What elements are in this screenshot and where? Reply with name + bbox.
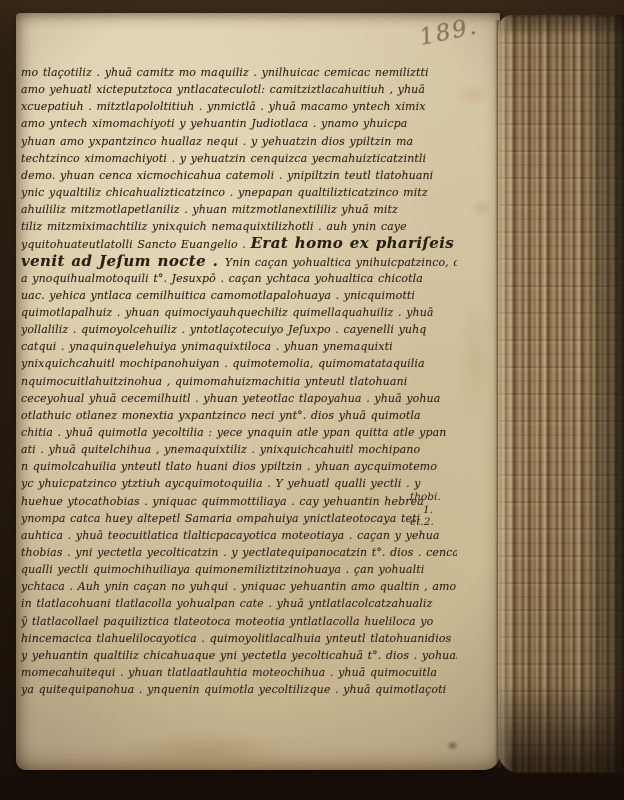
margin-note: thobi. 1. et.2. bbox=[410, 491, 456, 529]
text-segment: ya quitequipanohua . ynquenin quimotla y… bbox=[21, 683, 446, 696]
text-segment: xcuepatiuh . mitztlapololtitiuh . ynmict… bbox=[21, 100, 426, 113]
manuscript-line: nquimocuitlahuitzinohua , quimomahuizmac… bbox=[21, 373, 457, 390]
page-stain bbox=[452, 82, 492, 108]
manuscript-line: venit ad Jeſum nocte . Ynin caçan yohual… bbox=[21, 253, 457, 270]
text-segment: ahuililiz mitzmotlapetlaniliz . yhuan mi… bbox=[21, 203, 398, 216]
text-segment: ynixquichcahuitl mochipanohuiyan . quimo… bbox=[21, 357, 425, 370]
manuscript-line: yhuan amo yxpantzinco huallaz nequi . y … bbox=[21, 133, 457, 150]
manuscript-line: demo. yhuan cenca xicmochicahua catemoli… bbox=[21, 167, 457, 184]
text-segment: amo yntech ximomachiyoti y yehuantin Jud… bbox=[21, 117, 407, 130]
margin-note-line: thobi. bbox=[410, 491, 456, 504]
text-segment: otlathuic otlanez monextia yxpantzinco n… bbox=[21, 409, 421, 422]
page-stain bbox=[446, 740, 459, 751]
manuscript-line: momecahuitequi . yhuan tlatlaatlauhtia m… bbox=[21, 664, 457, 681]
text-segment: thobias . yni yectetla yecolticatzin . y… bbox=[21, 546, 457, 559]
manuscript-line: catqui . ynaquinquelehuiya ynimaquixtilo… bbox=[21, 338, 457, 355]
text-segment: ynompa catca huey altepetl Samaria ompah… bbox=[21, 512, 420, 525]
text-segment: momecahuitequi . yhuan tlatlaatlauhtia m… bbox=[21, 666, 437, 679]
text-segment: ati . yhuā quitelchihua , ynemaquixtiliz… bbox=[21, 443, 420, 456]
text-segment: mo tlaçotiliz . yhuā camitz mo maquiliz … bbox=[21, 66, 429, 79]
text-segment: ceceyohual yhuā cecemilhuitl . yhuan yet… bbox=[21, 392, 440, 405]
text-segment: hincemacica tlahuelilocayotica . quimoyo… bbox=[21, 632, 451, 645]
text-segment: tiliz mitzmiximachtiliz ynixquich nemaqu… bbox=[21, 220, 407, 233]
text-segment: huehue ytocathobias . yniquac quimmottil… bbox=[21, 495, 424, 508]
text-segment: yhuan amo yxpantzinco huallaz nequi . y … bbox=[21, 135, 413, 148]
manuscript-line: tiliz mitzmiximachtiliz ynixquich nemaqu… bbox=[21, 218, 457, 235]
manuscript-line: ya quitequipanohua . ynquenin quimotla y… bbox=[21, 681, 457, 698]
manuscript-line: mo tlaçotiliz . yhuā camitz mo maquiliz … bbox=[21, 64, 457, 81]
text-segment: quimotlapalhuiz . yhuan quimociyauhquech… bbox=[21, 306, 434, 319]
text-segment: ȳ tlatlacollael paquiliztica tlateotoca … bbox=[21, 615, 433, 628]
manuscript-line: in tlatlacohuani tlatlacolla yohualpan c… bbox=[21, 595, 457, 612]
page-stain bbox=[458, 290, 492, 430]
manuscript-line: quimotlapalhuiz . yhuan quimociyauhquech… bbox=[21, 304, 457, 321]
page-stain bbox=[120, 730, 290, 772]
text-segment: n quimolcahuilia ynteutl tlato huani dio… bbox=[21, 460, 437, 473]
manuscript-line: yollaliliz . quimoyolcehuiliz . yntotlaç… bbox=[21, 321, 457, 338]
text-segment: catqui . ynaquinquelehuiya ynimaquixtilo… bbox=[21, 340, 393, 353]
margin-note-line: et.2. bbox=[410, 516, 456, 529]
text-segment: yc yhuicpatzinco ytztiuh aycquimotoquili… bbox=[21, 477, 421, 490]
text-segment: uac. yehica yntlaca cemilhuitica camomot… bbox=[21, 289, 415, 302]
text-segment: demo. yhuan cenca xicmochicahua catemoli… bbox=[21, 169, 433, 182]
text-segment: auhtica . yhuā teocuitlatica tlalticpaca… bbox=[21, 529, 440, 542]
text-segment: Ynin caçan yohualtica ynihuicpatzinco, o bbox=[225, 256, 457, 269]
manuscript-line: qualli yectli quimochihuiliaya quimonemi… bbox=[21, 561, 457, 578]
manuscript-line: yc yhuicpatzinco ytztiuh aycquimotoquili… bbox=[21, 475, 457, 492]
display-script-segment: venit ad Jeſum nocte . bbox=[21, 252, 225, 270]
text-segment: yquitohuateutlatolli Sancto Euangelio . bbox=[21, 238, 251, 251]
display-script-segment: Erat homo ex phariſeis τcª. bbox=[251, 234, 457, 252]
margin-note-line: 1. bbox=[410, 504, 456, 517]
manuscript-line: yquitohuateutlatolli Sancto Euangelio . … bbox=[21, 235, 457, 252]
text-segment: y yehuantin qualtiliz chicahuaque yni ye… bbox=[21, 649, 457, 662]
manuscript-line: n quimolcahuilia ynteutl tlato huani dio… bbox=[21, 458, 457, 475]
text-segment: ynic yqualtiliz chicahualizticatzinco . … bbox=[21, 186, 428, 199]
manuscript-line: otlathuic otlanez monextia yxpantzinco n… bbox=[21, 407, 457, 424]
text-segment: yollaliliz . quimoyolcehuiliz . yntotlaç… bbox=[21, 323, 426, 336]
manuscript-line: chitia . yhuā quimotla yecoltilia : yece… bbox=[21, 424, 457, 441]
text-segment: ychtaca . Auh ynin caçan no yuhqui . yni… bbox=[21, 580, 456, 593]
text-block: mo tlaçotiliz . yhuā camitz mo maquiliz … bbox=[21, 64, 457, 708]
text-segment: chitia . yhuā quimotla yecoltilia : yece… bbox=[21, 426, 446, 439]
manuscript-photo: 189. mo tlaçotiliz . yhuā camitz mo maqu… bbox=[0, 0, 624, 800]
manuscript-line: uac. yehica yntlaca cemilhuitica camomot… bbox=[21, 287, 457, 304]
manuscript-line: hincemacica tlahuelilocayotica . quimoyo… bbox=[21, 630, 457, 647]
text-segment: techtzinco ximomachiyoti . y yehuatzin c… bbox=[21, 152, 426, 165]
manuscript-line: amo yntech ximomachiyoti y yehuantin Jud… bbox=[21, 115, 457, 132]
manuscript-line: ynompa catca huey altepetl Samaria ompah… bbox=[21, 510, 457, 527]
text-segment: in tlatlacohuani tlatlacolla yohualpan c… bbox=[21, 597, 432, 610]
text-segment: amo yehuatl xicteputztoca yntlacateculot… bbox=[21, 83, 425, 96]
book-bottom-shadow bbox=[0, 772, 624, 800]
manuscript-line: auhtica . yhuā teocuitlatica tlalticpaca… bbox=[21, 527, 457, 544]
manuscript-line: ahuililiz mitzmotlapetlaniliz . yhuan mi… bbox=[21, 201, 457, 218]
page-stain bbox=[470, 198, 494, 218]
manuscript-line: ati . yhuā quitelchihua , ynemaquixtiliz… bbox=[21, 441, 457, 458]
manuscript-line: a ynoquihualmotoquili t°. Jesuxpō . caça… bbox=[21, 270, 457, 287]
manuscript-line: ychtaca . Auh ynin caçan no yuhqui . yni… bbox=[21, 578, 457, 595]
fore-edge-shading bbox=[498, 15, 624, 773]
manuscript-line: huehue ytocathobias . yniquac quimmottil… bbox=[21, 493, 457, 510]
manuscript-line: thobias . yni yectetla yecolticatzin . y… bbox=[21, 544, 457, 561]
manuscript-line: ȳ tlatlacollael paquiliztica tlateotoca … bbox=[21, 613, 457, 630]
manuscript-line: ynic yqualtiliz chicahualizticatzinco . … bbox=[21, 184, 457, 201]
manuscript-line: ceceyohual yhuā cecemilhuitl . yhuan yet… bbox=[21, 390, 457, 407]
text-segment: qualli yectli quimochihuiliaya quimonemi… bbox=[21, 563, 424, 576]
manuscript-line: ynixquichcahuitl mochipanohuiyan . quimo… bbox=[21, 355, 457, 372]
text-segment: nquimocuitlahuitzinohua , quimomahuizmac… bbox=[21, 375, 407, 388]
fore-edge-page-stack bbox=[498, 15, 624, 773]
manuscript-line: xcuepatiuh . mitztlapololtitiuh . ynmict… bbox=[21, 98, 457, 115]
manuscript-line: techtzinco ximomachiyoti . y yehuatzin c… bbox=[21, 150, 457, 167]
manuscript-line: amo yehuatl xicteputztoca yntlacateculot… bbox=[21, 81, 457, 98]
text-segment: a ynoquihualmotoquili t°. Jesuxpō . caça… bbox=[21, 272, 423, 285]
manuscript-line: y yehuantin qualtiliz chicahuaque yni ye… bbox=[21, 647, 457, 664]
